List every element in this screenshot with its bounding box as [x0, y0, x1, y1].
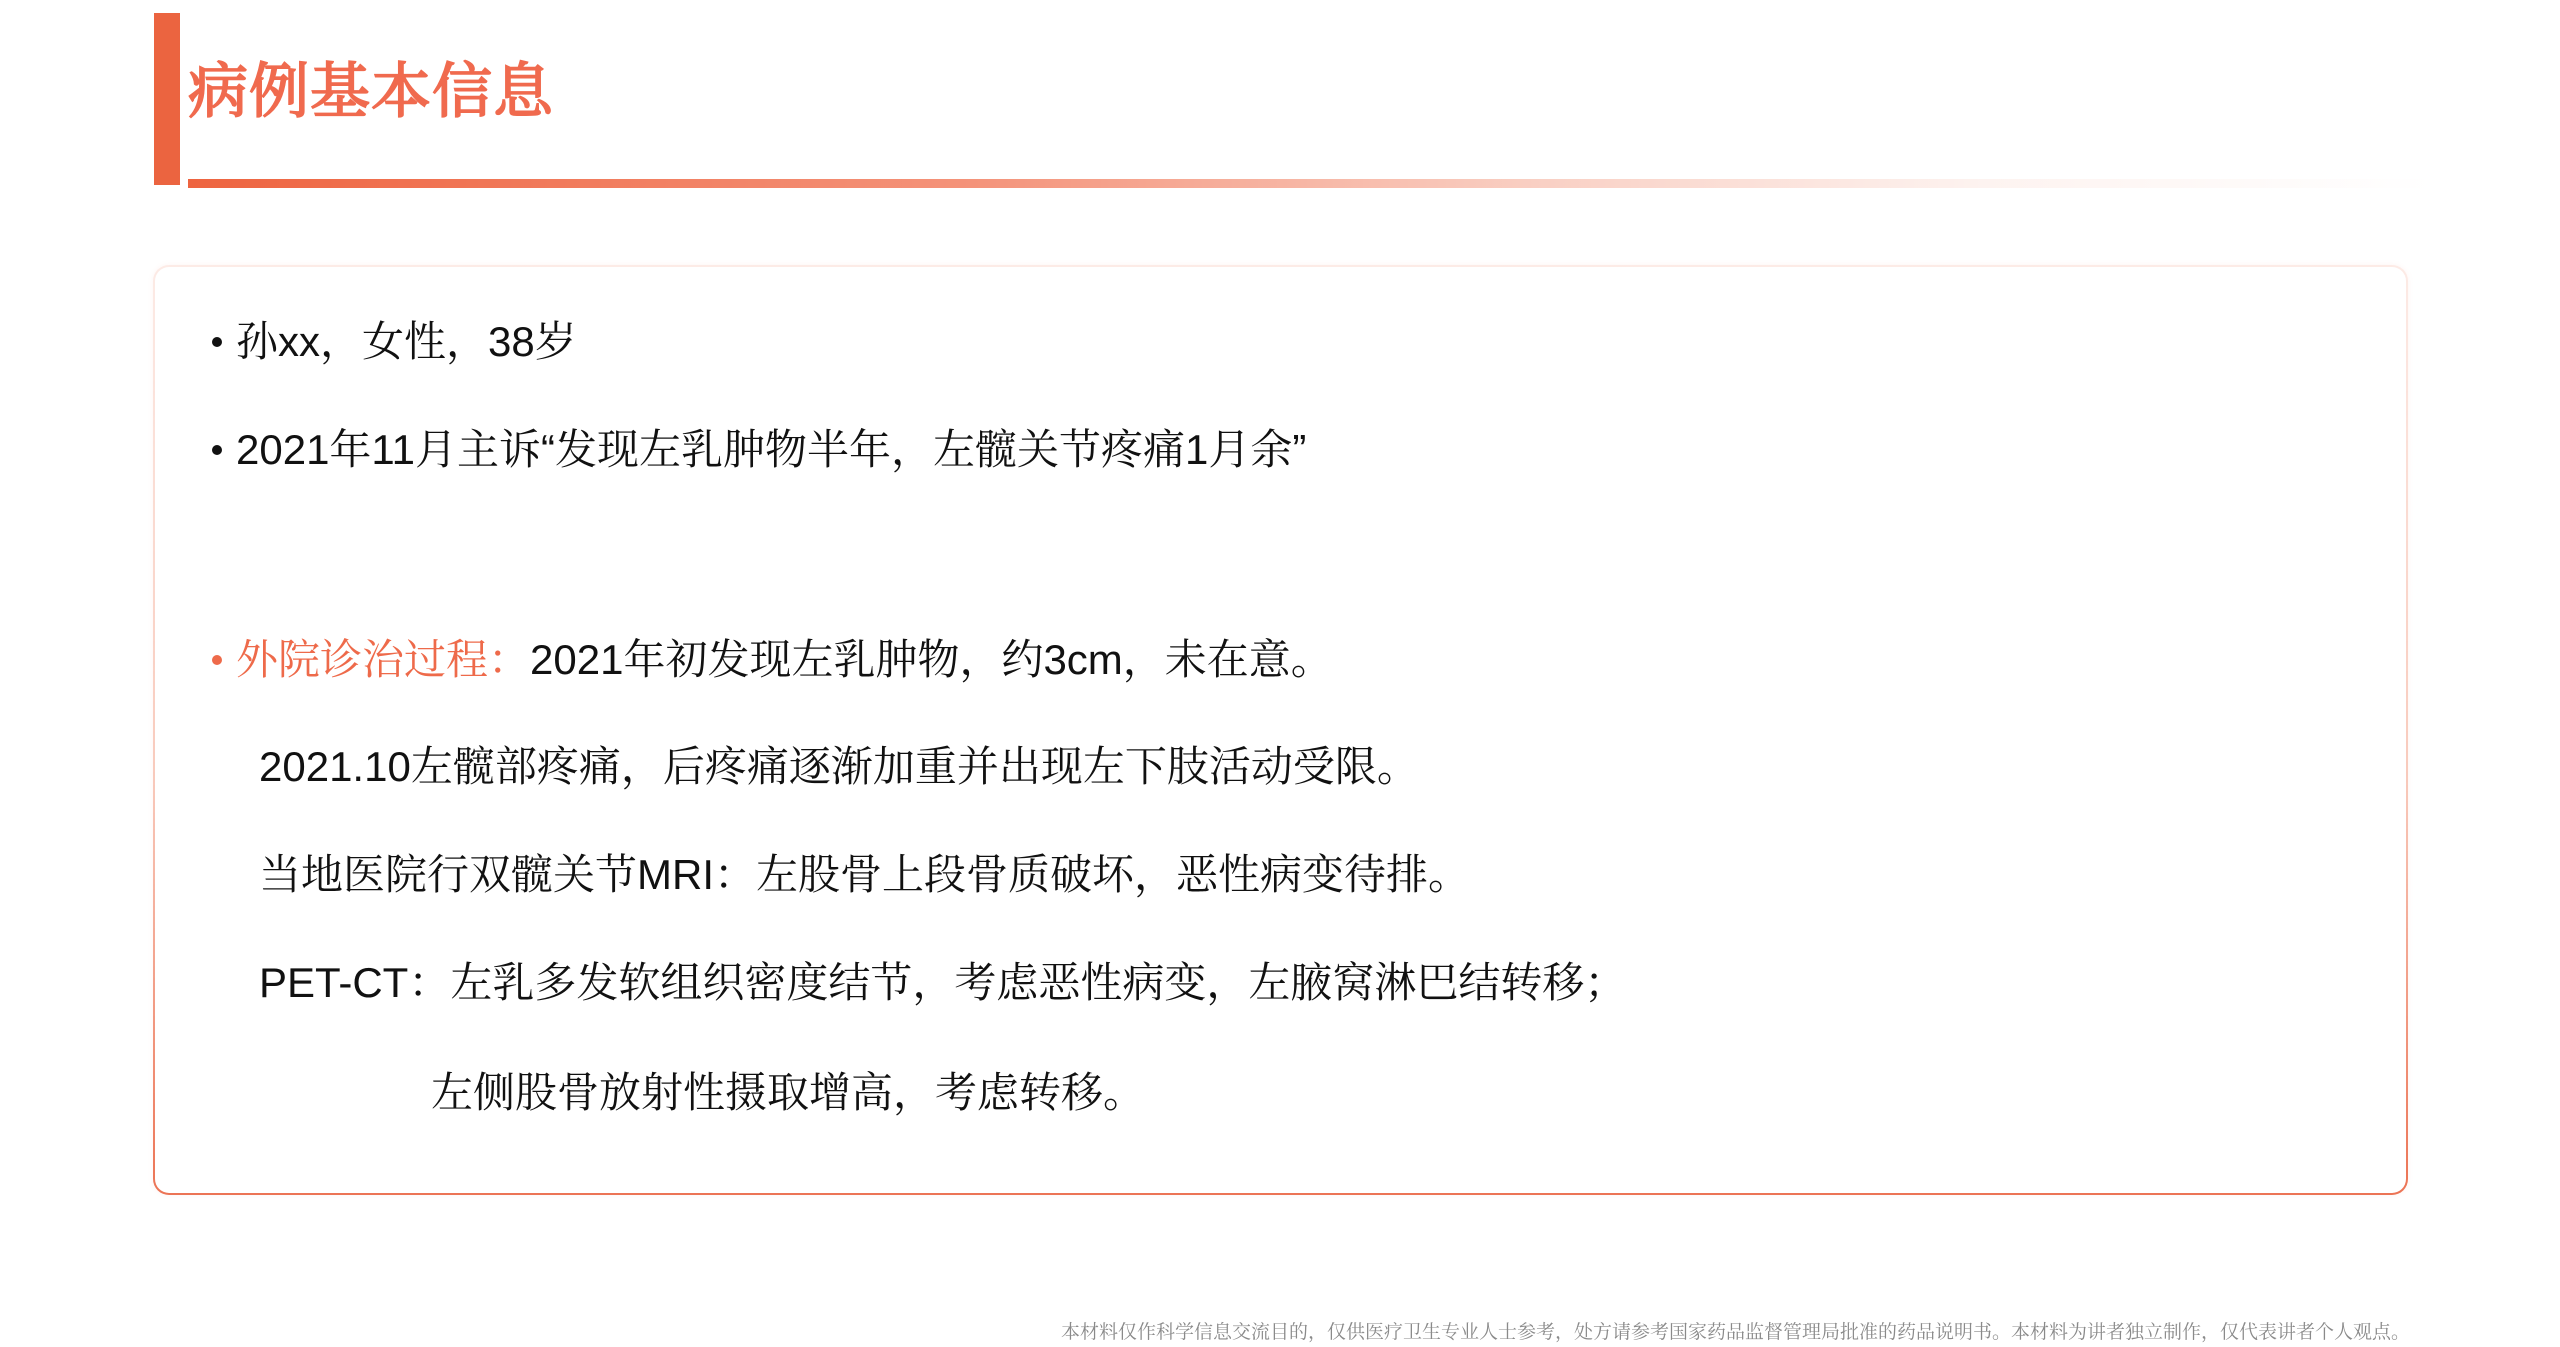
history-line: 当地医院行双髋关节MRI：左股骨上段骨质破坏，恶性病变待排。	[259, 845, 1470, 905]
history-label: 外院诊治过程：	[236, 636, 530, 683]
history-item: 外院诊治过程：2021年初发现左乳肿物，约3cm，未在意。	[212, 630, 1333, 690]
patient-info-text: 孙xx，女性，38岁	[236, 318, 577, 365]
patient-info-item: 孙xx，女性，38岁	[212, 312, 577, 372]
history-line: 2021.10左髋部疼痛，后疼痛逐渐加重并出现左下肢活动受限。	[259, 737, 1419, 797]
history-first-line: 2021年初发现左乳肿物，约3cm，未在意。	[530, 636, 1333, 683]
chief-complaint-text: 2021年11月主诉“发现左乳肿物半年，左髋关节疼痛1月余”	[236, 426, 1306, 473]
title-underline-divider	[188, 179, 2433, 188]
bullet-icon	[212, 655, 222, 665]
title-accent-bar	[154, 13, 180, 185]
bullet-icon	[212, 337, 222, 347]
case-info-card	[153, 265, 2408, 1195]
history-line: 左侧股骨放射性摄取增高，考虑转移。	[431, 1063, 1145, 1123]
history-line: PET-CT：左乳多发软组织密度结节，考虑恶性病变，左腋窝淋巴结转移；	[259, 953, 1626, 1013]
footer-disclaimer: 本材料仅作科学信息交流目的，仅供医疗卫生专业人士参考，处方请参考国家药品监督管理…	[1061, 1320, 2410, 1346]
bullet-icon	[212, 445, 222, 455]
chief-complaint-item: 2021年11月主诉“发现左乳肿物半年，左髋关节疼痛1月余”	[212, 420, 1306, 480]
page-title: 病例基本信息	[188, 52, 554, 132]
